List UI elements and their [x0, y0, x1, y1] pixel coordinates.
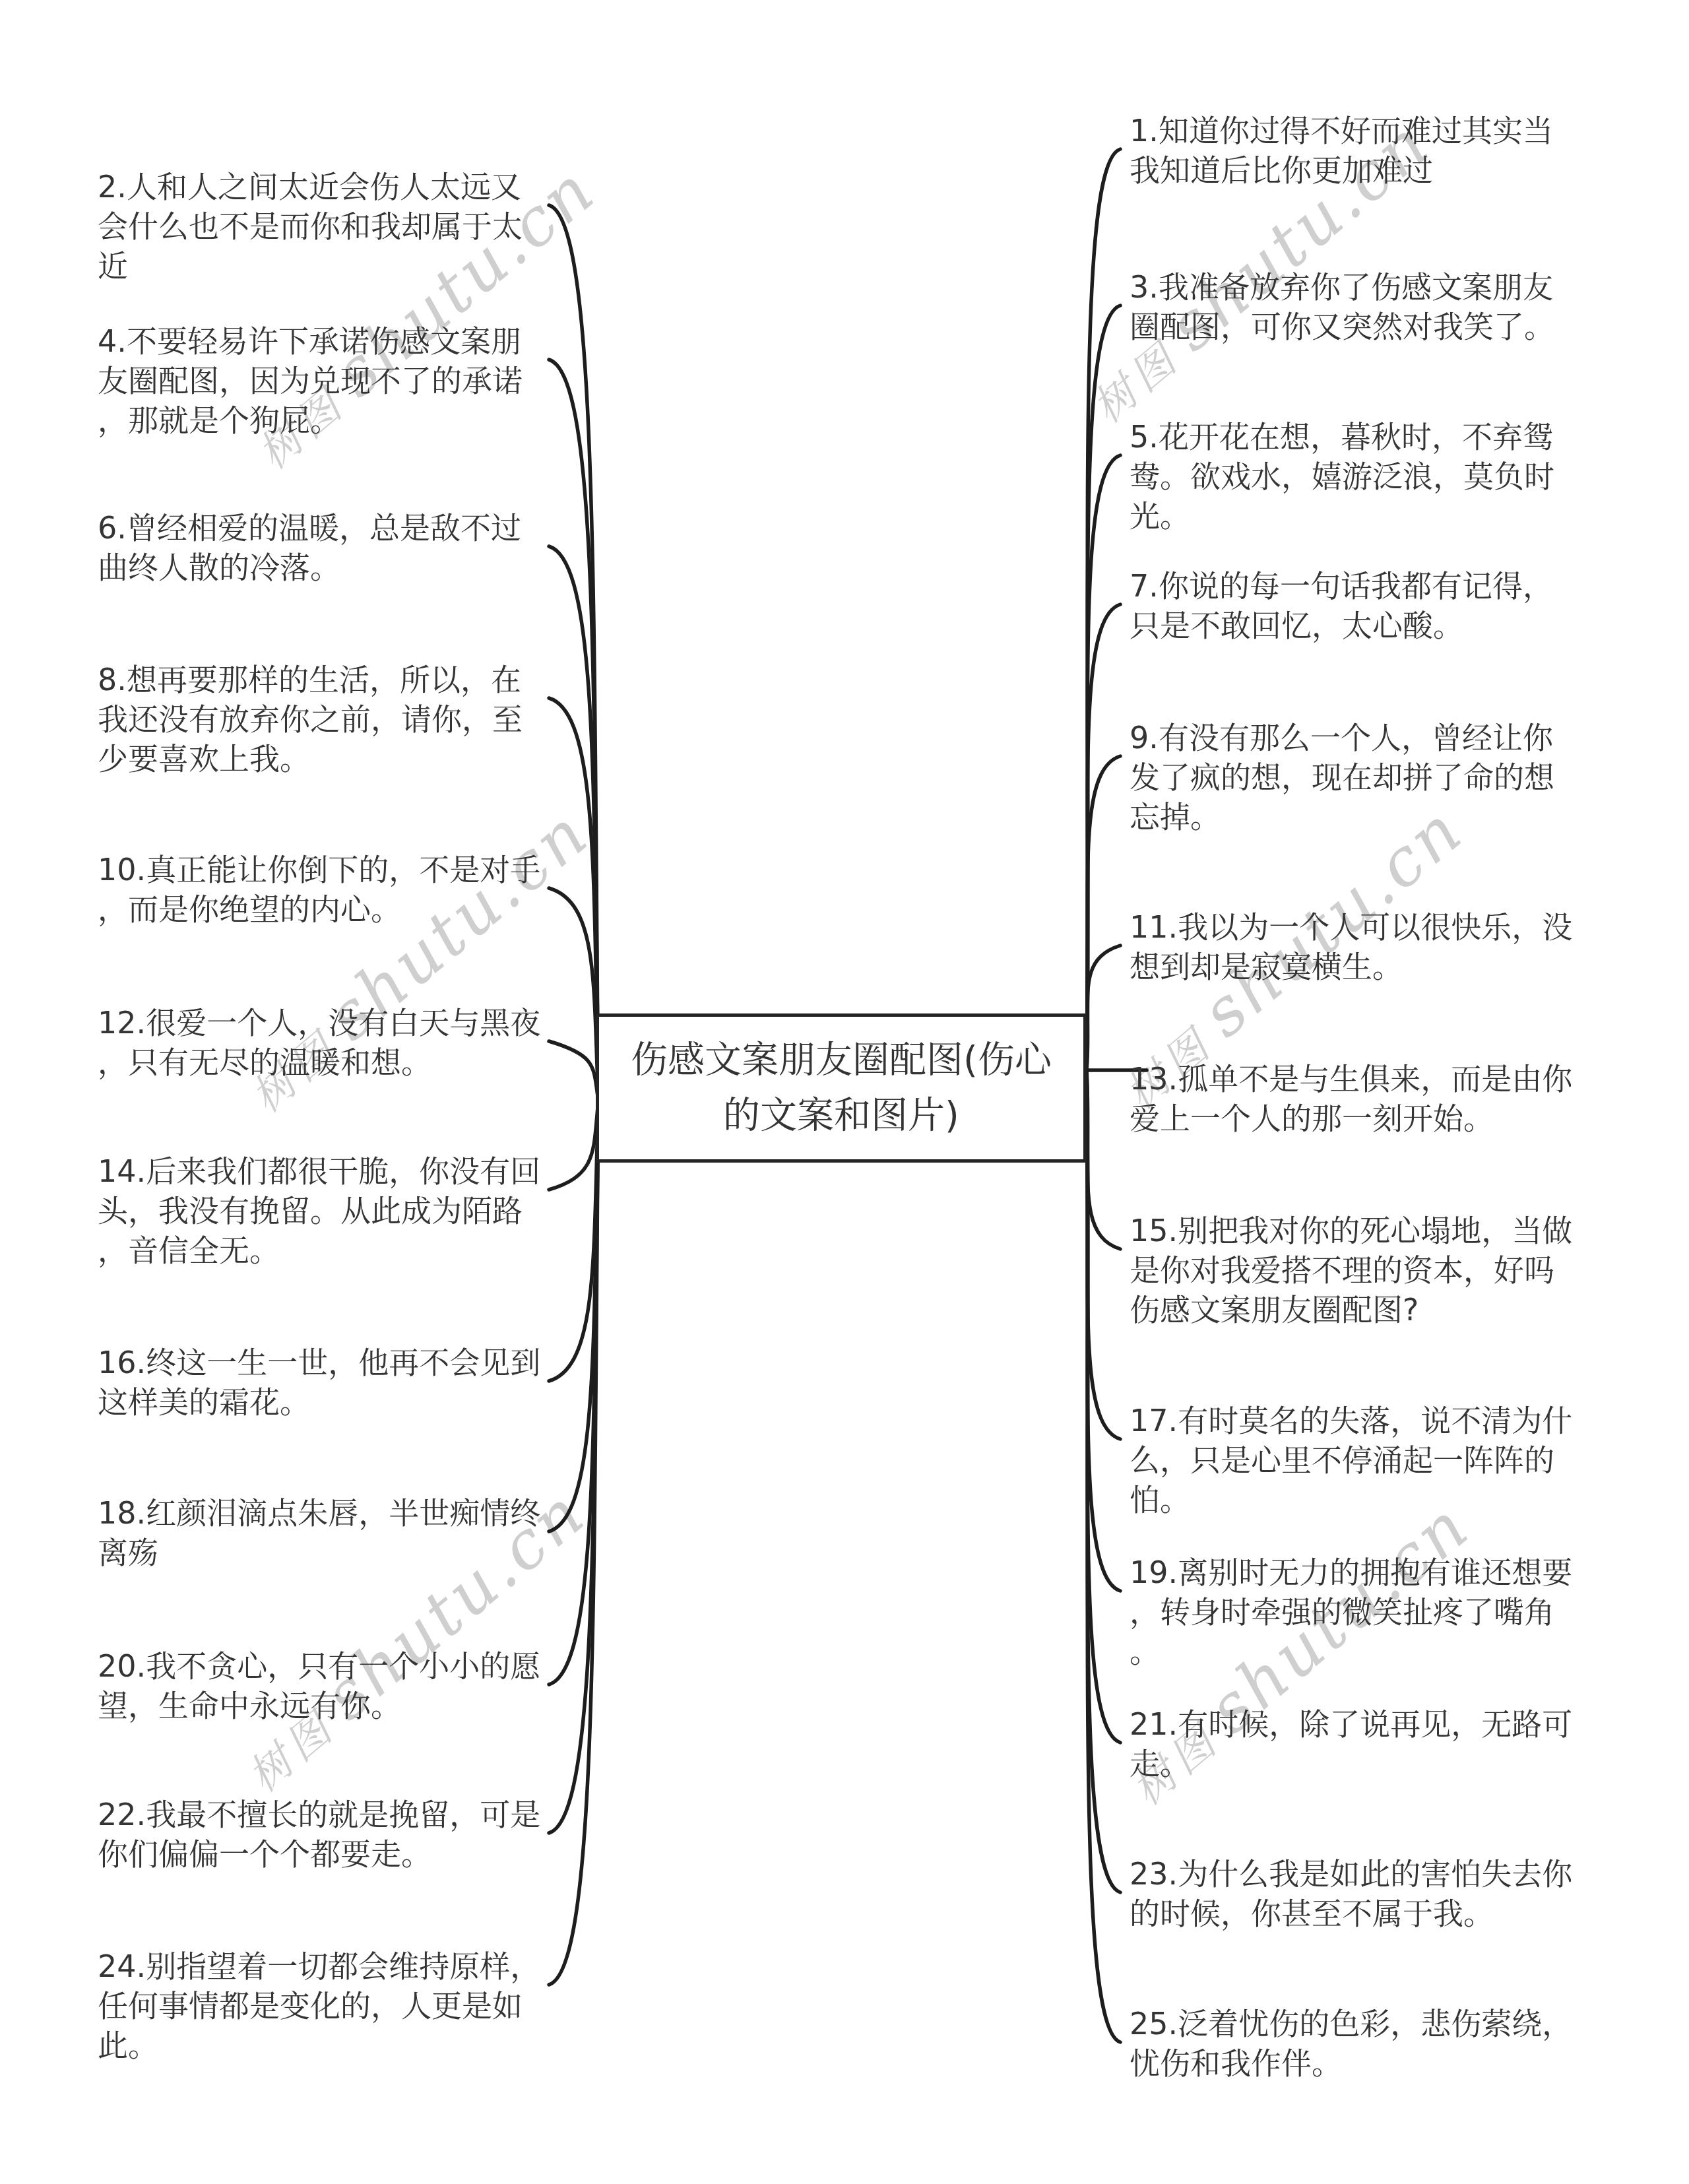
- quote-node: 25.泛着忧伤的色彩，悲伤萦绕，忧伤和我作伴。: [1130, 2004, 1573, 2083]
- quote-node: 11.我以为一个人可以很快乐，没想到却是寂寞横生。: [1130, 907, 1573, 986]
- quote-node: 6.曾经相爱的温暖，总是敌不过曲终人散的冷落。: [98, 508, 541, 587]
- center-topic-title: 伤感文案朋友圈配图(伤心的文案和图片): [614, 1033, 1069, 1143]
- quote-node: 10.真正能让你倒下的，不是对手，而是你绝望的内心。: [98, 850, 541, 929]
- quote-node: 9.有没有那么一个人，曾经让你发了疯的想，现在却拼了命的想忘掉。: [1130, 718, 1573, 837]
- quote-node: 23.为什么我是如此的害怕失去你的时候，你甚至不属于我。: [1130, 1854, 1573, 1933]
- quote-node: 8.想再要那样的生活，所以，在我还没有放弃你之前，请你，至少要喜欢上我。: [98, 660, 541, 779]
- quote-node: 16.终这一生一世，他再不会见到这样美的霜花。: [98, 1343, 541, 1422]
- quote-node: 22.我最不擅长的就是挽留，可是你们偏偏一个个都要走。: [98, 1795, 541, 1874]
- quote-node: 7.你说的每一句话我都有记得，只是不敢回忆，太心酸。: [1130, 566, 1573, 645]
- quote-node: 21.有时候，除了说再见，无路可走。: [1130, 1704, 1573, 1783]
- quote-node: 4.不要轻易许下承诺伤感文案朋友圈配图，因为兑现不了的承诺，那就是个狗屁。: [98, 321, 541, 440]
- quote-node: 18.红颜泪滴点朱唇，半世痴情终离殇: [98, 1493, 541, 1572]
- quote-node: 19.离别时无力的拥抱有谁还想要，转身时牵强的微笑扯疼了嘴角。: [1130, 1553, 1573, 1671]
- quote-node: 13.孤单不是与生俱来，而是由你爱上一个人的那一刻开始。: [1130, 1059, 1573, 1138]
- quote-node: 1.知道你过得不好而难过其实当我知道后比你更加难过: [1130, 111, 1573, 190]
- quote-node: 20.我不贪心，只有一个小小的愿望，生命中永远有你。: [98, 1646, 541, 1725]
- quote-node: 17.有时莫名的失落，说不清为什么，只是心里不停涌起一阵阵的怕。: [1130, 1401, 1573, 1520]
- center-topic-node: 伤感文案朋友圈配图(伤心的文案和图片): [596, 1013, 1087, 1163]
- quote-node: 5.花开花在想，暮秋时，不弃鸳鸯。欲戏水，嬉游泛浪，莫负时光。: [1130, 417, 1573, 536]
- quote-node: 2.人和人之间太近会伤人太远又会什么也不是而你和我却属于太近: [98, 167, 541, 286]
- quote-node: 24.别指望着一切都会维持原样，任何事情都是变化的，人更是如此。: [98, 1946, 541, 2065]
- mindmap-canvas: 树图shutu.cn 树图shutu.cn 树图shutu.cn 树图shutu…: [0, 0, 1689, 2184]
- quote-node: 3.我准备放弃你了伤感文案朋友圈配图，可你又突然对我笑了。: [1130, 267, 1573, 346]
- quote-node: 12.很爱一个人，没有白天与黑夜，只有无尽的温暖和想。: [98, 1003, 541, 1082]
- quote-node: 15.别把我对你的死心塌地，当做是你对我爱搭不理的资本，好吗伤感文案朋友圈配图?: [1130, 1211, 1573, 1330]
- quote-node: 14.后来我们都很干脆，你没有回头，我没有挽留。从此成为陌路，音信全无。: [98, 1151, 541, 1270]
